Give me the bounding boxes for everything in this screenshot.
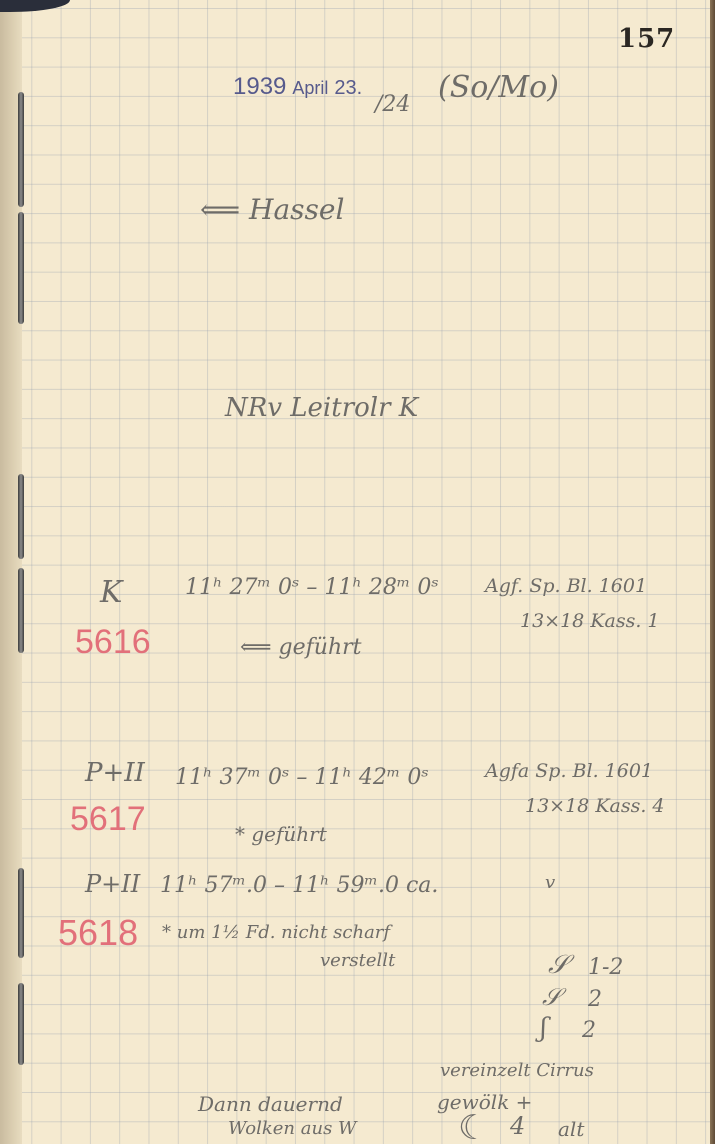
moon-value: 4 <box>510 1112 525 1140</box>
stamp-month: April <box>292 78 328 98</box>
binding-stitch <box>18 868 24 958</box>
page-edge <box>710 0 715 1144</box>
entry-label: P+II <box>85 870 140 898</box>
moon-note: alt <box>558 1117 584 1141</box>
date-suffix: /24 <box>375 92 410 117</box>
entry-note-2: verstellt <box>320 950 395 971</box>
page-number: 157 <box>618 24 675 54</box>
binding-stitch <box>18 983 24 1065</box>
moon-icon: ☾ <box>458 1108 488 1144</box>
entry-note: ⟸ geführt <box>240 635 361 660</box>
time-range: 11ʰ 57ᵐ.0 – 11ʰ 59ᵐ.0 ca. <box>160 873 438 898</box>
plate-number: 5616 <box>75 623 151 662</box>
plate-number: 5617 <box>70 800 146 839</box>
seeing-symbol: ʃ <box>540 1013 547 1043</box>
object-line: ⟸ Hassel <box>200 193 344 226</box>
binding-stitch <box>18 568 24 653</box>
seeing-symbol: 𝒮 <box>542 983 561 1011</box>
footer-note: Wolken aus W <box>228 1118 357 1139</box>
seeing-symbol: 𝒮 <box>548 950 568 981</box>
entry-note: * um 1½ Fd. nicht scharf <box>162 922 390 943</box>
footer-note: vereinzelt Cirrus <box>440 1060 594 1081</box>
seeing-value: 1-2 <box>588 955 623 980</box>
binding-stitch <box>18 92 24 207</box>
plate-info: Agf. Sp. Bl. 1601 <box>485 575 647 597</box>
date-stamp: 1939April23. <box>233 73 362 101</box>
seeing-value: 2 <box>588 987 602 1012</box>
observers: (So/Mo) <box>438 70 559 105</box>
binding-stitch <box>18 474 24 559</box>
plate-number: 5618 <box>58 912 138 954</box>
plate-info: Agfa Sp. Bl. 1601 <box>485 760 653 782</box>
plate-info-2: 13×18 Kass. 4 <box>525 795 665 817</box>
stamp-day: 23. <box>334 77 362 99</box>
time-range: 11ʰ 37ᵐ 0ˢ – 11ʰ 42ᵐ 0ˢ <box>175 765 429 790</box>
subtitle-line: NRv Leitrolr K <box>225 393 418 423</box>
stamp-year: 1939 <box>233 73 286 100</box>
seeing-value: 2 <box>582 1018 596 1043</box>
entry-label: P+II <box>85 758 145 788</box>
footer-note: Dann dauernd <box>198 1092 343 1116</box>
entry-note: * geführt <box>235 822 327 846</box>
binding-stitch <box>18 212 24 324</box>
time-range: 11ʰ 27ᵐ 0ˢ – 11ʰ 28ᵐ 0ˢ <box>185 575 439 600</box>
entry-label: K <box>100 575 122 610</box>
plate-info: v <box>545 872 555 893</box>
plate-info-2: 13×18 Kass. 1 <box>520 610 660 632</box>
